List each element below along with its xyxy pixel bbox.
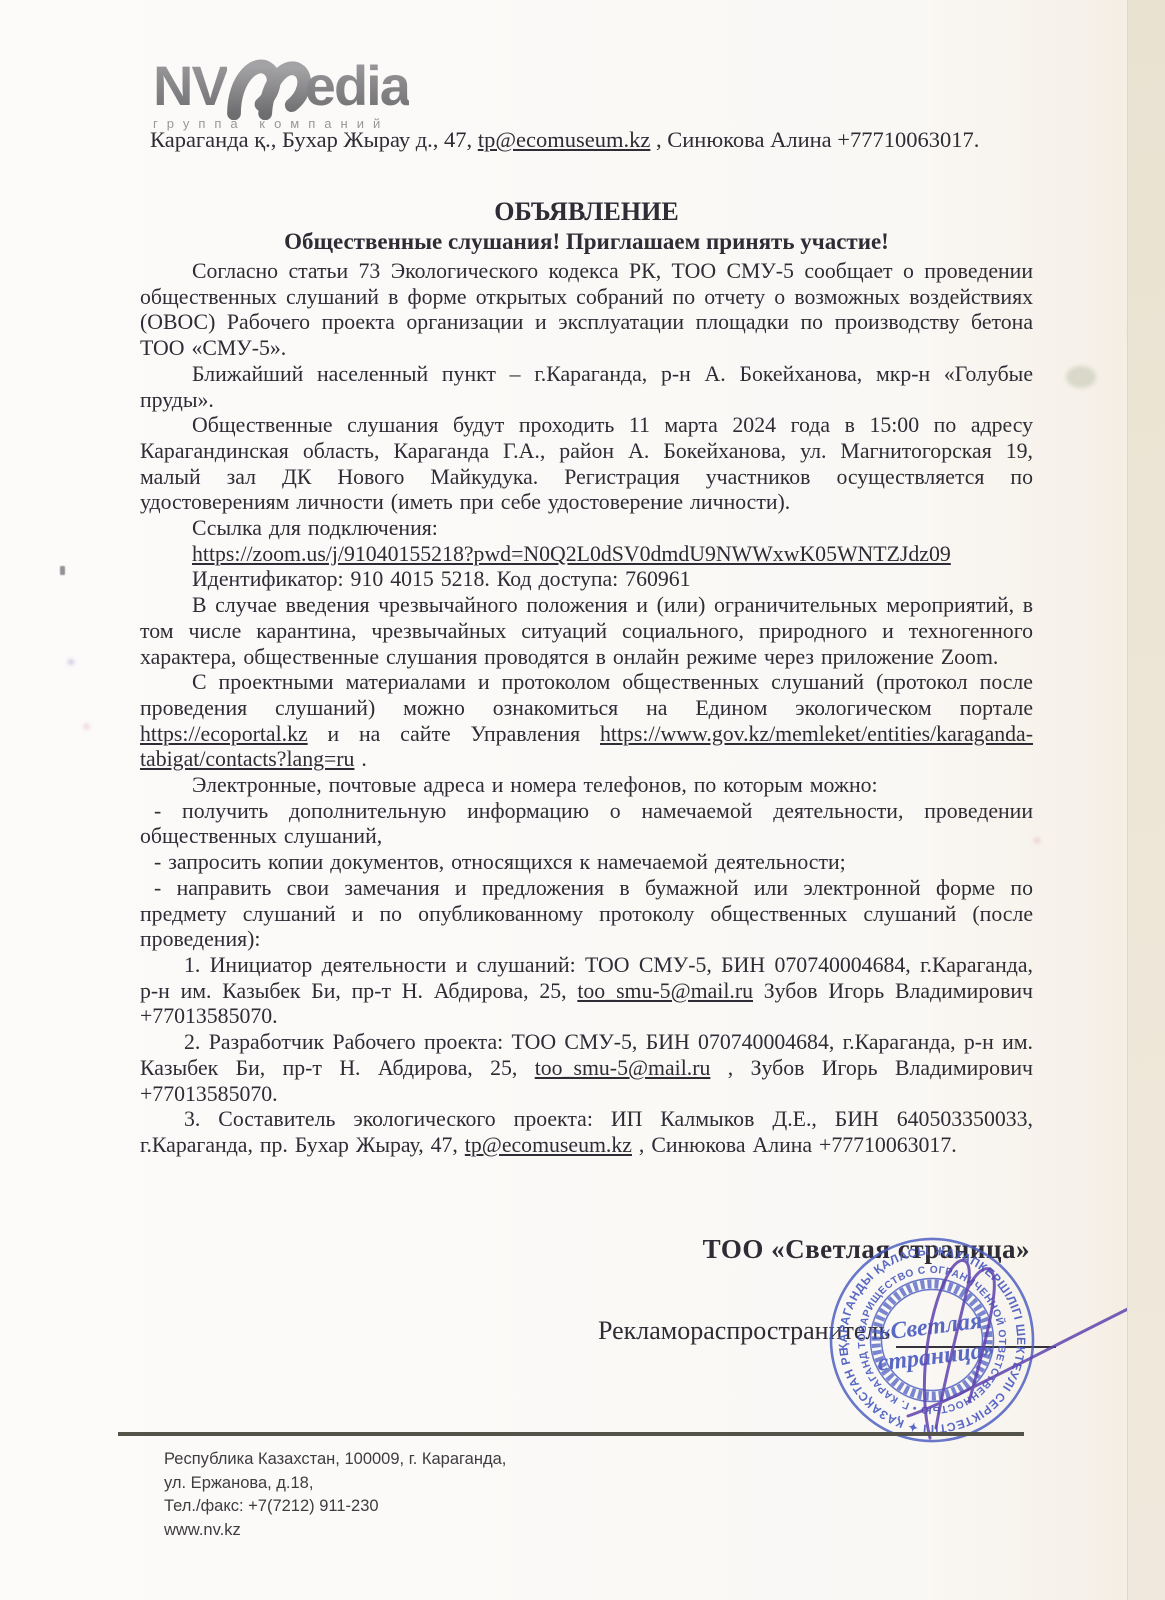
scan-speck-pink-2 [1034,838,1040,843]
paragraph-developer: 2. Разработчик Рабочего проекта: ТОО СМУ… [140,1030,1033,1107]
materials-mid-text: и на сайте Управления [308,722,600,746]
footer-address-line1: Республика Казахстан, 100009, г. Караган… [164,1448,506,1472]
scan-speck-pink-1 [84,724,89,729]
paragraph-contacts-intro: Электронные, почтовые адреса и номера те… [140,773,1033,799]
nv-media-logo: NV edia группа компаний [153,52,573,131]
paragraph-bullet-info: - получить дополнительную информацию о н… [140,799,1033,850]
announcement-subtitle: Общественные слушания! Приглашаем принят… [140,227,1033,256]
paragraph-bullet-copies: - запросить копии документов, относящихс… [140,850,1033,876]
scan-smudge-green [1066,366,1096,388]
announcement-body: ОБЪЯВЛЕНИЕ Общественные слушания! Пригла… [140,196,1033,1159]
logo-text-edia: edia [305,58,409,114]
compiler-email-link[interactable]: tp@ecomuseum.kz [465,1133,632,1157]
logo-m-icon [223,50,311,120]
paragraph-materials: С проектными материалами и протоколом об… [140,670,1033,773]
announcement-title: ОБЪЯВЛЕНИЕ [140,196,1033,227]
footer-divider [118,1432,1024,1436]
scanner-edge-strip [1127,0,1165,1600]
footer-address-line2: ул. Ержанова, д.18, [164,1472,506,1496]
scan-speck-purple [68,660,74,664]
materials-text: С проектными материалами и протоколом об… [140,670,1033,720]
logo-text-nv: NV [153,58,227,114]
paragraph-hearing-details: Общественные слушания будут проходить 11… [140,413,1033,516]
footer-contact-block: Республика Казахстан, 100009, г. Караган… [164,1448,506,1542]
footer-phone: Тел./факс: +7(7212) 911-230 [164,1495,506,1519]
developer-email-link[interactable]: too_smu-5@mail.ru [535,1056,711,1080]
ecoportal-link[interactable]: https://ecoportal.kz [140,722,308,746]
scanned-document-page: NV edia группа компаний Караганда қ., Бу… [0,0,1165,1600]
paragraph-initiator: 1. Инициатор деятельности и слушаний: ТО… [140,953,1033,1030]
paragraph-compiler: 3. Составитель экологического проекта: И… [140,1107,1033,1158]
signature-ink-icon [850,1230,1165,1490]
initiator-email-link[interactable]: too_smu-5@mail.ru [577,979,753,1003]
paragraph-intro: Согласно статьи 73 Экологического кодекс… [140,259,1033,362]
footer-website[interactable]: www.nv.kz [164,1519,506,1543]
materials-tail-text: . [354,747,366,771]
compiler-tail-text: , Синюкова Алина +77710063017. [632,1133,957,1157]
logo-row: NV edia [153,52,573,114]
header-address-contact: , Синюкова Алина +77710063017. [650,127,979,152]
paragraph-location: Ближайший населенный пункт – г.Караганда… [140,362,1033,413]
header-email-link[interactable]: tp@ecomuseum.kz [478,127,651,152]
paragraph-bullet-feedback: - направить свои замечания и предложения… [140,876,1033,953]
paragraph-meeting-id: Идентификатор: 910 4015 5218. Код доступ… [140,567,1033,593]
zoom-link[interactable]: https://zoom.us/j/91040155218?pwd=N0Q2L0… [192,542,951,566]
header-address-text: Караганда қ., Бухар Жырау д., 47, [150,127,478,152]
paragraph-emergency: В случае введения чрезвычайного положени… [140,593,1033,670]
paragraph-link-label: Ссылка для подключения: [140,516,1033,542]
scan-speck-dark [60,566,65,575]
header-address: Караганда қ., Бухар Жырау д., 47, tp@eco… [150,126,1050,153]
